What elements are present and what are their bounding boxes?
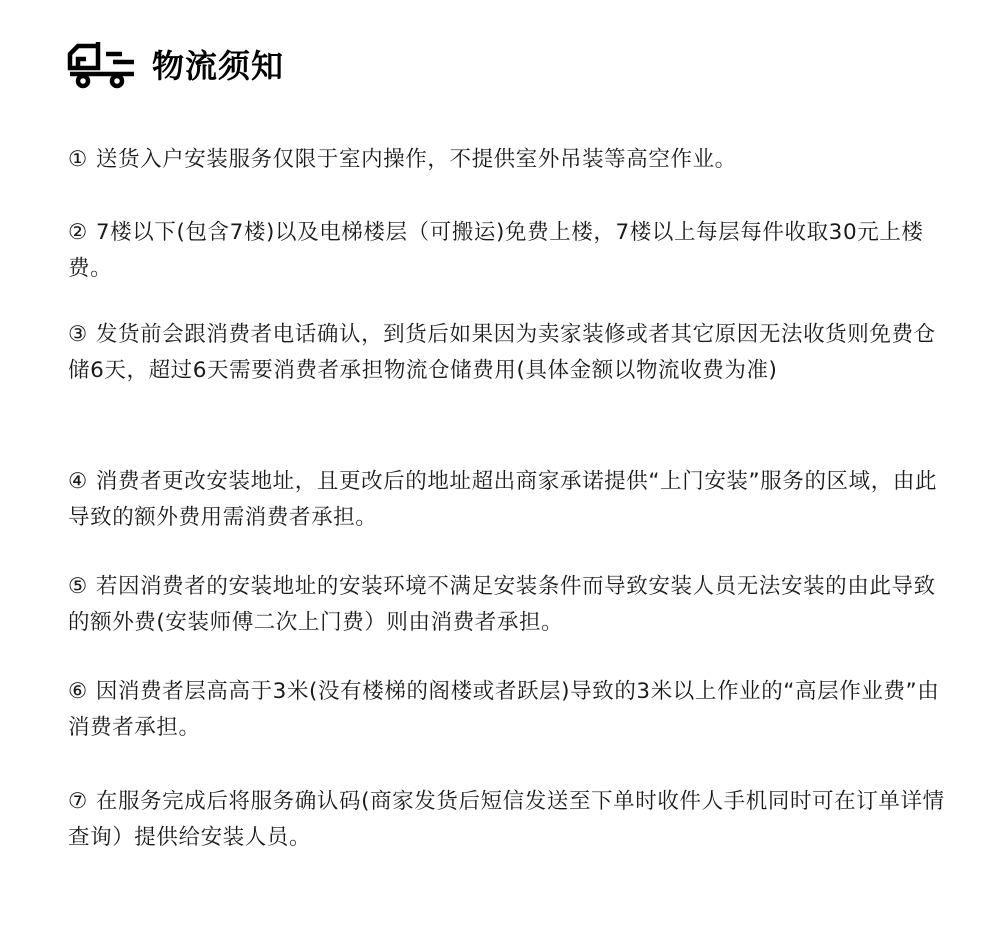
notice-text: 若因消费者的安装地址的安装环境不满足安装条件而导致安装人员无法安装的由此导致的额… [68, 574, 936, 635]
notice-number: ③ [68, 322, 88, 347]
notice-item-7: ⑦在服务完成后将服务确认码(商家发货后短信发送至下单时收件人手机同时可在订单详情… [68, 784, 948, 856]
notice-item-3: ③发货前会跟消费者电话确认，到货后如果因为卖家装修或者其它原因无法收货则免费仓储… [68, 317, 948, 389]
notice-text: 送货入户安装服务仅限于室内操作，不提供室外吊装等高空作业。 [96, 147, 737, 172]
notice-item-2: ②7楼以下(包含7楼)以及电梯楼层（可搬运)免费上楼，7楼以上每层每件收取30元… [68, 215, 948, 287]
notice-item-6: ⑥因消费者层高高于3米(没有楼梯的阁楼或者跃层)导致的3米以上作业的“高层作业费… [68, 674, 948, 746]
notice-number: ⑦ [68, 789, 88, 814]
notice-text: 消费者更改安装地址，且更改后的地址超出商家承诺提供“上门安装”服务的区域，由此导… [68, 469, 937, 530]
page-title: 物流须知 [152, 41, 284, 87]
notice-text: 发货前会跟消费者电话确认，到货后如果因为卖家装修或者其它原因无法收货则免费仓储6… [68, 322, 936, 383]
notice-item-4: ④消费者更改安装地址，且更改后的地址超出商家承诺提供“上门安装”服务的区域，由此… [68, 464, 948, 536]
notice-number: ⑤ [68, 574, 88, 599]
notice-number: ② [68, 220, 88, 245]
truck-icon [66, 38, 138, 90]
notice-text: 因消费者层高高于3米(没有楼梯的阁楼或者跃层)导致的3米以上作业的“高层作业费”… [68, 679, 939, 740]
notice-text: 在服务完成后将服务确认码(商家发货后短信发送至下单时收件人手机同时可在订单详情查… [68, 789, 945, 850]
notice-number: ⑥ [68, 679, 88, 704]
notice-text: 7楼以下(包含7楼)以及电梯楼层（可搬运)免费上楼，7楼以上每层每件收取30元上… [68, 220, 924, 281]
page-header: 物流须知 [66, 38, 284, 90]
notice-item-1: ①送货入户安装服务仅限于室内操作，不提供室外吊装等高空作业。 [68, 142, 948, 178]
notice-number: ④ [68, 469, 88, 494]
notice-number: ① [68, 147, 88, 172]
notice-item-5: ⑤若因消费者的安装地址的安装环境不满足安装条件而导致安装人员无法安装的由此导致的… [68, 569, 948, 641]
